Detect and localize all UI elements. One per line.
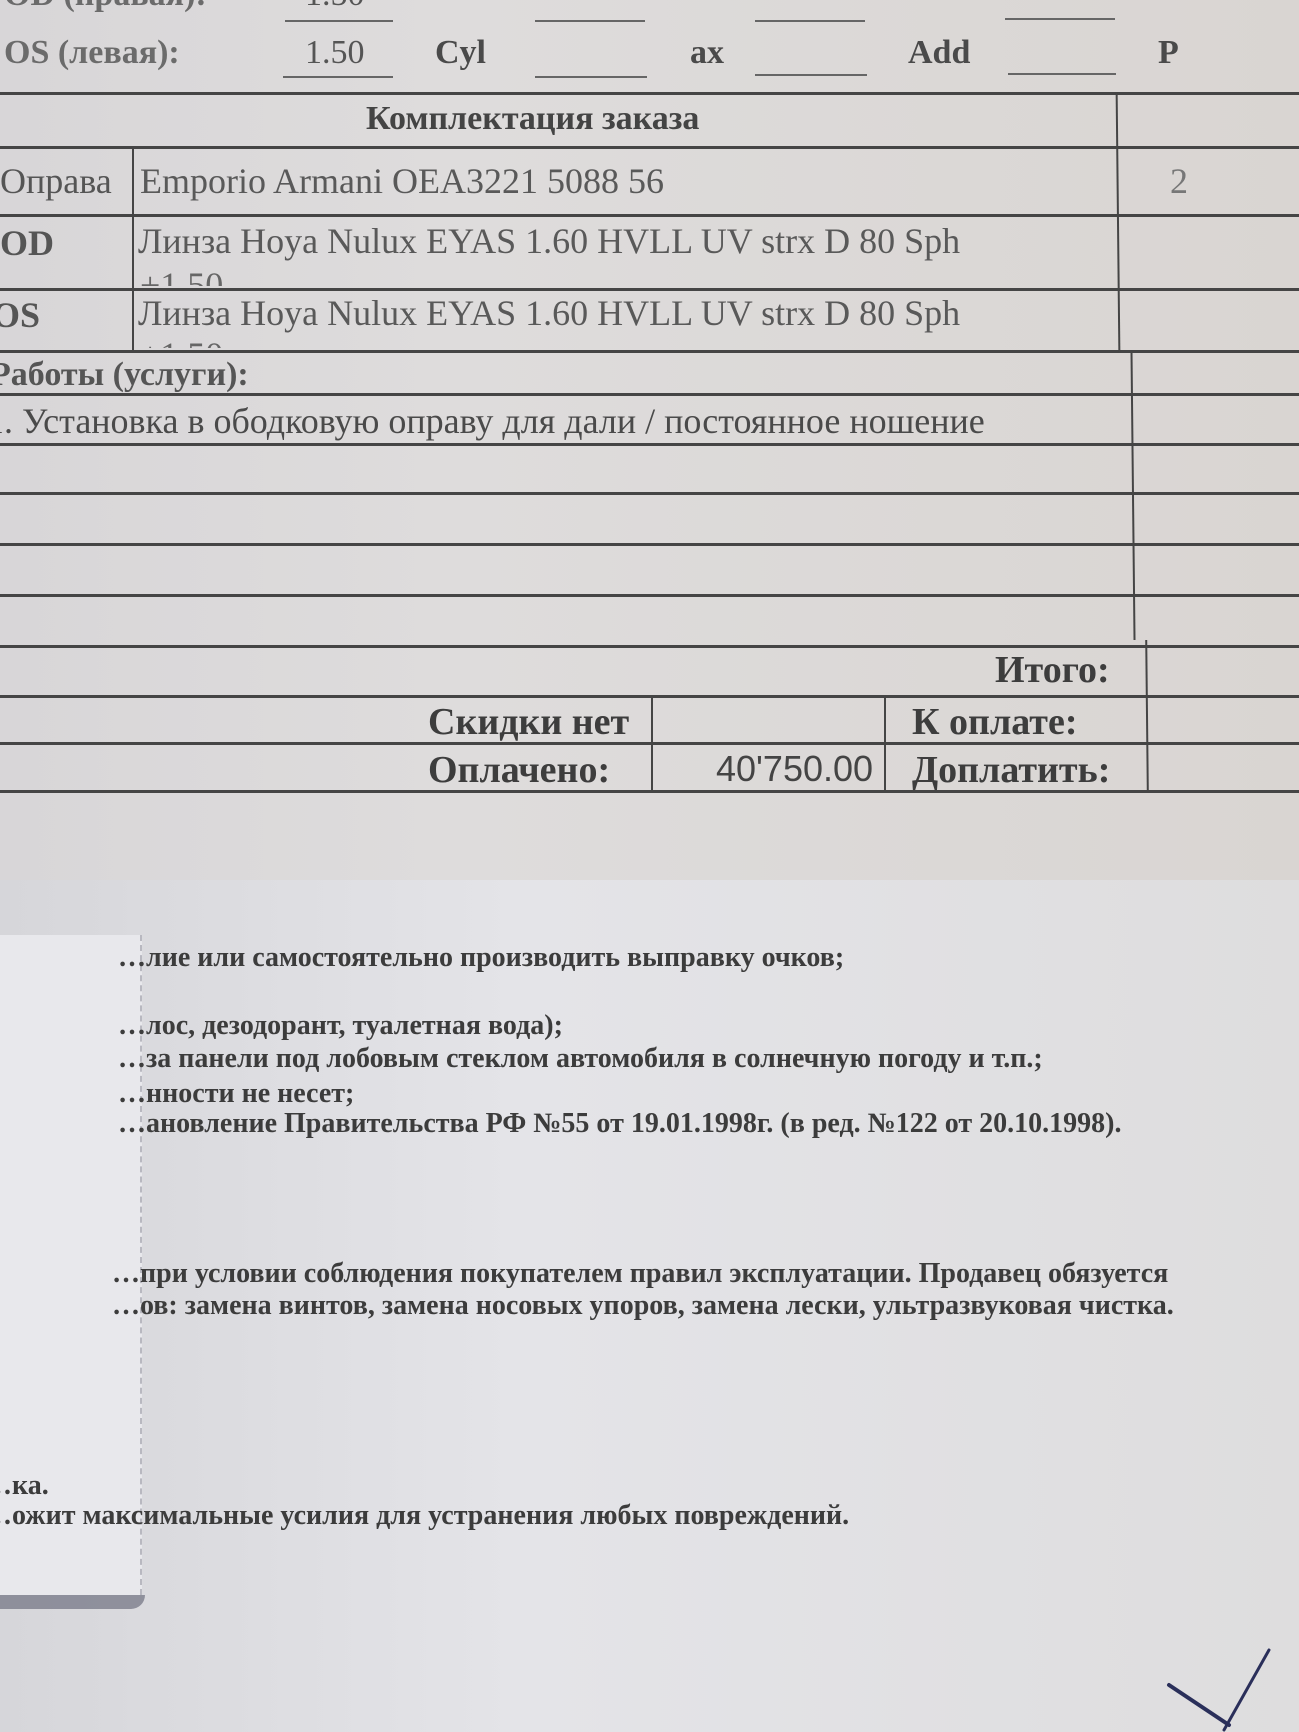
add-label: Add (908, 34, 970, 72)
terms-line: …ка. (0, 1470, 49, 1502)
signature-check-mark-icon (1139, 1640, 1299, 1732)
service-item: 1. Установка в ободковую оправу для дали… (0, 400, 985, 442)
totals-divider (651, 695, 653, 792)
right-column-divider (1116, 92, 1121, 352)
table-line (0, 492, 1299, 495)
terms-line: …при условии соблюдения покупателем прав… (112, 1258, 1168, 1290)
item-text-od-lens: Линза Hoya Nulux EYAS 1.60 HVLL UV strx … (138, 220, 960, 262)
item-label-od: OD (0, 222, 54, 264)
table-line (0, 146, 1299, 149)
order-form: OD (правая): 1.50 OS (левая): 1.50 Cyl a… (0, 0, 1299, 880)
od-cyl-underline (535, 20, 645, 22)
terms-line: …ожит максимальные усилия для устранения… (0, 1500, 849, 1532)
paid-value: 40'750.00 (716, 748, 873, 790)
od-sph-value: 1.50 (305, 0, 365, 14)
discount-label: Скидки нет (428, 700, 629, 744)
prescription-row-os: OS (левая): 1.50 Cyl ax Add P (0, 28, 1299, 78)
order-header: Комплектация заказа (366, 100, 699, 138)
table-line (0, 288, 1299, 291)
item-side-mark: 2 (1170, 160, 1188, 202)
terms-line: …за панели под лобовым стеклом автомобил… (118, 1043, 1043, 1075)
to-pay-label: К оплате: (912, 700, 1077, 744)
flap-shadow (0, 1595, 145, 1609)
remaining-label: Доплатить: (912, 748, 1110, 792)
os-label: OS (левая): (4, 34, 180, 72)
cyl-label: Cyl (435, 34, 486, 72)
table-line (0, 543, 1299, 546)
item-text-frame: Emporio Armani OEA3221 5088 56 (140, 160, 664, 202)
ax-label: ax (690, 34, 724, 72)
services-header: Работы (услуги): (0, 356, 249, 394)
table-line (0, 443, 1299, 446)
table-line (0, 695, 1299, 698)
od-label: OD (правая): (4, 0, 207, 14)
od-add-underline (1005, 18, 1115, 20)
os-ax-underline (755, 74, 867, 76)
os-add-underline (1008, 73, 1116, 75)
table-line (0, 594, 1299, 597)
label-column-divider (132, 146, 134, 350)
paid-label: Оплачено: (428, 748, 610, 792)
terms-line: …нности не несет; (118, 1078, 354, 1110)
total-label: Итого: (995, 648, 1110, 692)
od-sph-underline (285, 20, 393, 22)
os-cyl-underline (535, 76, 647, 78)
terms-line: …ов: замена винтов, замена носовых упоро… (112, 1290, 1174, 1322)
terms-line: …ановление Правительства РФ №55 от 19.01… (118, 1108, 1121, 1140)
prescription-row-od: OD (правая): 1.50 (0, 0, 1299, 20)
table-line (0, 742, 1299, 745)
table-line (0, 350, 1299, 353)
item-label-frame: Оправа (0, 160, 112, 202)
terms-line: …лие или самостоятельно производить выпр… (118, 942, 844, 974)
table-top-border (0, 92, 1299, 95)
totals-divider (884, 695, 886, 792)
item-overflow-od: +1.50 (140, 264, 223, 286)
terms-line: …лос, дезодорант, туалетная вода); (118, 1010, 563, 1042)
right-column-divider (1145, 640, 1149, 790)
item-overflow-os: +1.50 (140, 334, 223, 348)
os-sph-underline (283, 76, 393, 78)
item-label-os: OS (0, 294, 40, 336)
os-sph-value: 1.50 (305, 34, 365, 72)
table-line (0, 214, 1299, 217)
od-ax-underline (755, 20, 865, 22)
item-text-os-lens: Линза Hoya Nulux EYAS 1.60 HVLL UV strx … (138, 292, 960, 334)
prism-label: P (1158, 34, 1179, 72)
